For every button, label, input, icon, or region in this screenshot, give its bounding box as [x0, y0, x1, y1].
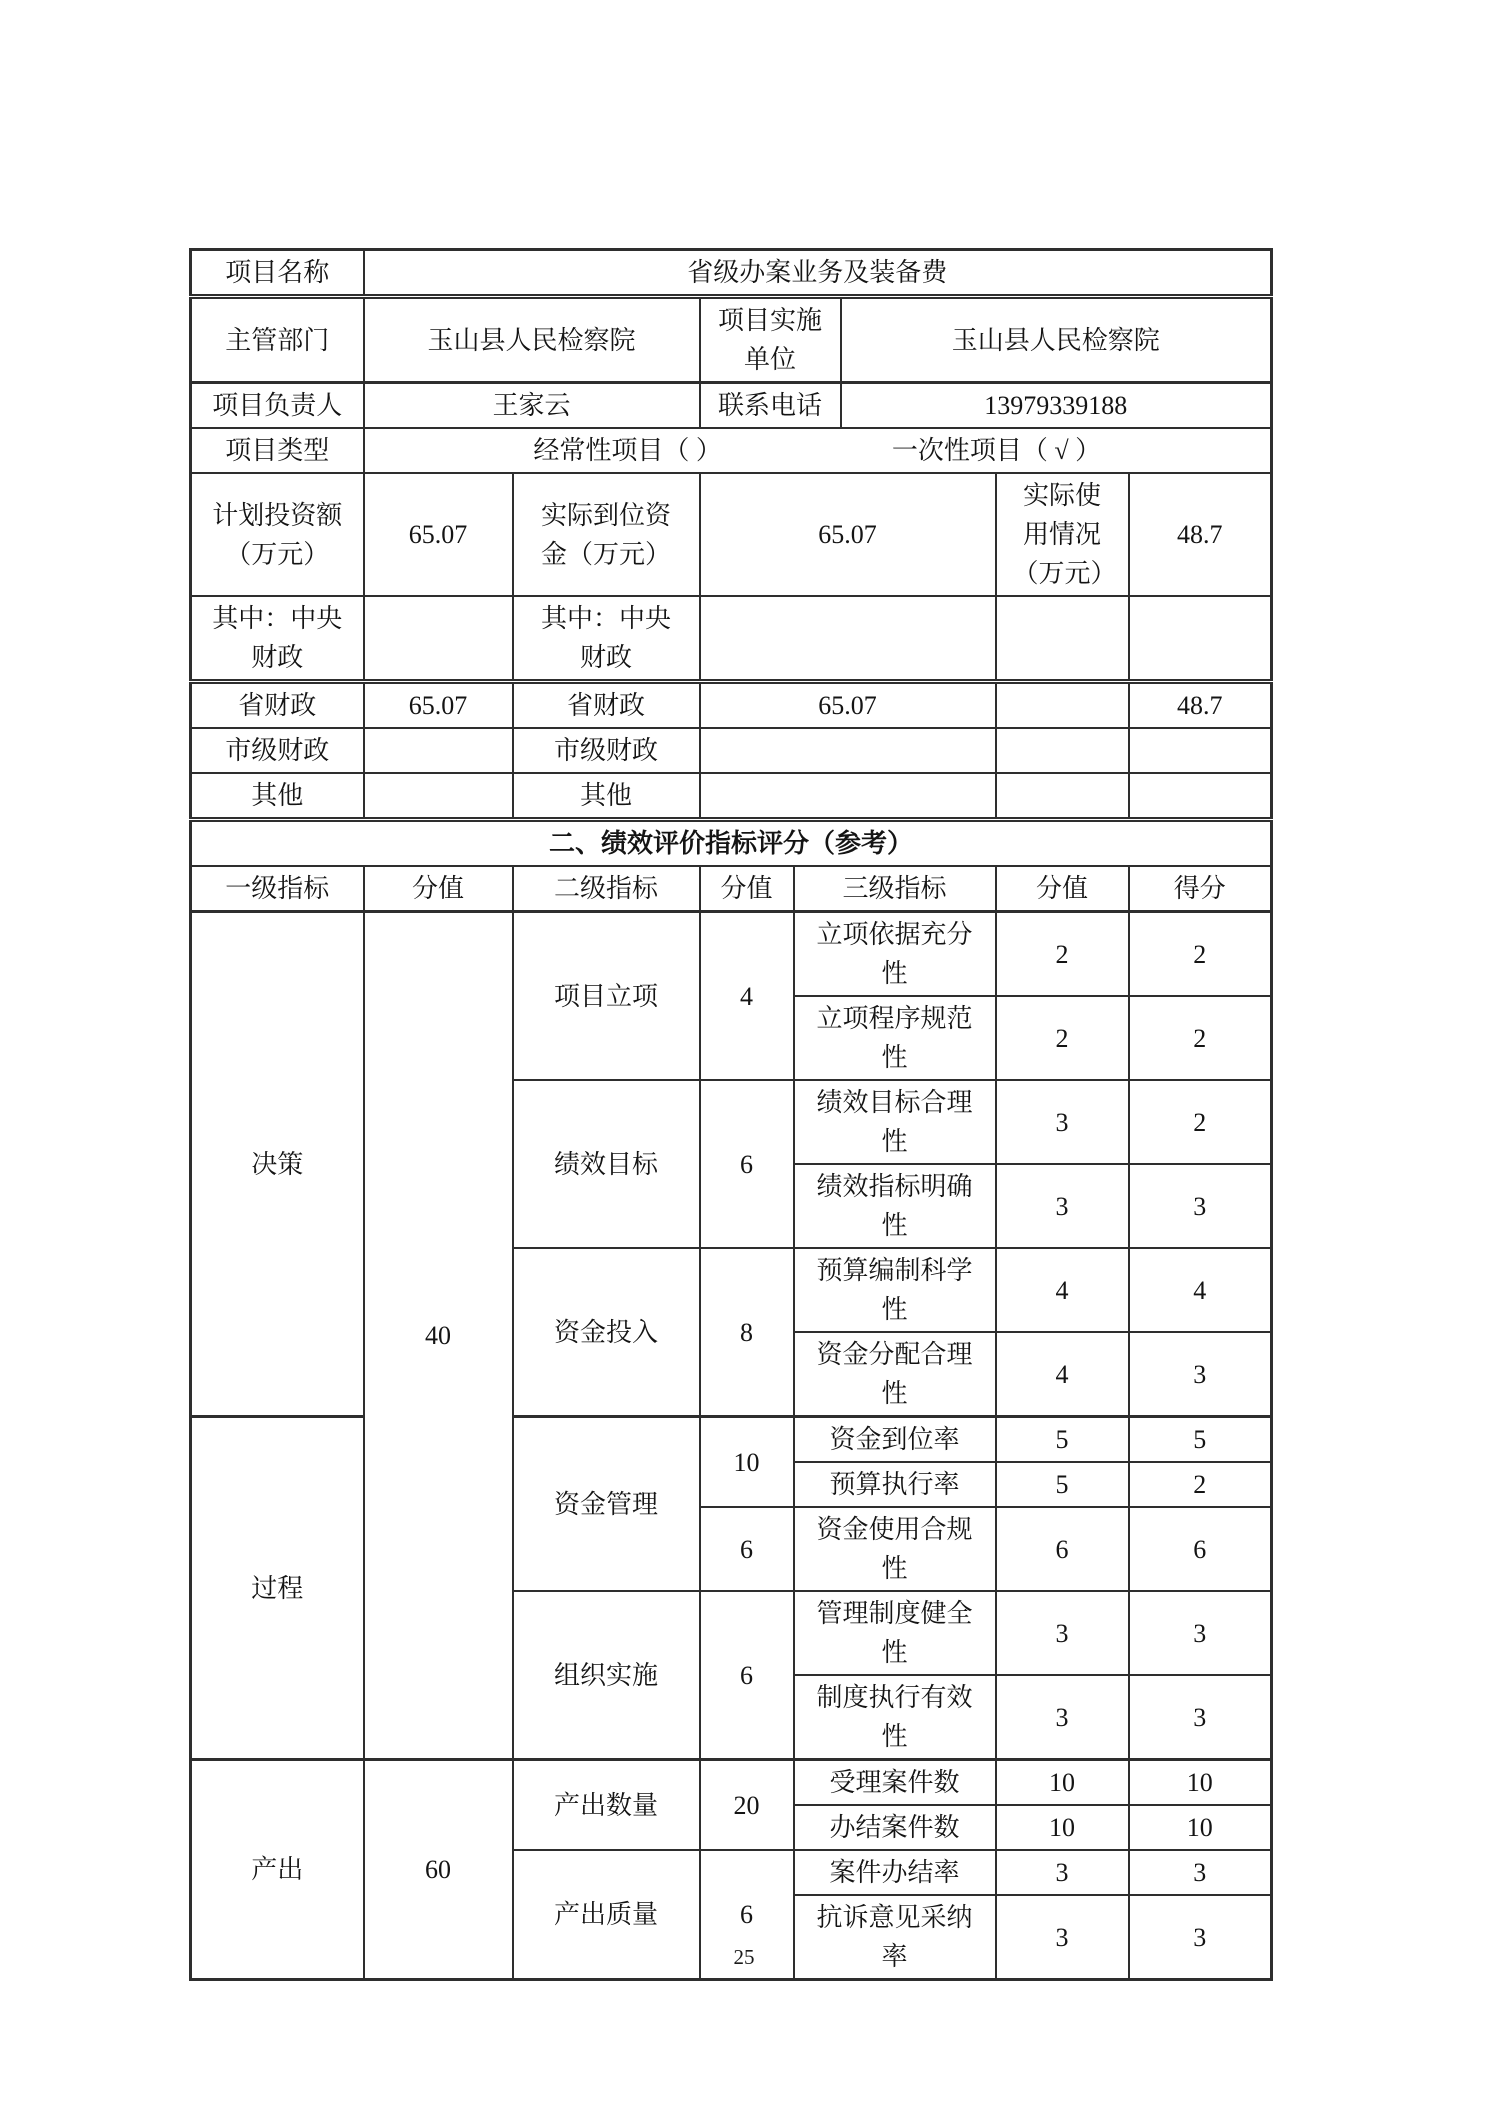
l3-max: 5 [996, 1462, 1129, 1507]
phone-label: 联系电话 [700, 383, 841, 429]
header-score2: 分值 [700, 866, 794, 912]
l3-label: 绩效指标明确性 [794, 1164, 996, 1248]
province-finance-actual: 65.07 [700, 682, 996, 729]
l3-label: 资金分配合理性 [794, 1332, 996, 1417]
l3-max: 2 [996, 996, 1129, 1080]
row-section2-title: 二、绩效评价指标评分（参考） [191, 820, 1272, 867]
l3-max: 5 [996, 1417, 1129, 1463]
project-name-label: 项目名称 [191, 250, 364, 297]
l3-max: 10 [996, 1760, 1129, 1806]
central-finance-usage [1129, 596, 1272, 682]
l3-score: 2 [1129, 1462, 1272, 1507]
l3-max: 3 [996, 1591, 1129, 1675]
l3-label: 立项依据充分性 [794, 912, 996, 997]
row-province-finance: 省财政 65.07 省财政 65.07 48.7 [191, 682, 1272, 729]
department-label: 主管部门 [191, 297, 364, 383]
other-finance-label2: 其他 [513, 773, 700, 820]
l2-fund-management-score-6: 6 [700, 1507, 794, 1591]
project-name-value: 省级办案业务及装备费 [364, 250, 1272, 297]
l2-fund-management: 资金管理 [513, 1417, 700, 1592]
city-finance-usage-label [996, 728, 1129, 773]
project-type-onetime: 一次性项目（ √ ） [892, 431, 1101, 470]
other-finance-planned [364, 773, 513, 820]
l3-score: 2 [1129, 912, 1272, 997]
l3-max: 3 [996, 1675, 1129, 1760]
actual-usage-value: 48.7 [1129, 473, 1272, 596]
actual-usage-label: 实际使用情况（万元） [996, 473, 1129, 596]
score-row: 决策 40 项目立项 4 立项依据充分性 2 2 [191, 912, 1272, 997]
province-finance-label: 省财政 [191, 682, 364, 729]
l3-score: 6 [1129, 1507, 1272, 1591]
city-finance-label: 市级财政 [191, 728, 364, 773]
l2-fund-input-score: 8 [700, 1248, 794, 1417]
page-number: 25 [0, 1945, 1488, 1970]
l2-output-quantity-score: 20 [700, 1760, 794, 1851]
l3-max: 3 [996, 1164, 1129, 1248]
row-manager: 项目负责人 王家云 联系电话 13979339188 [191, 383, 1272, 429]
city-finance-usage [1129, 728, 1272, 773]
l2-performance-goal-score: 6 [700, 1080, 794, 1248]
actual-funds-label: 实际到位资金（万元） [513, 473, 700, 596]
header-score1: 分值 [364, 866, 513, 912]
l3-score: 4 [1129, 1248, 1272, 1332]
l3-label: 受理案件数 [794, 1760, 996, 1806]
l3-label: 预算执行率 [794, 1462, 996, 1507]
central-finance-planned [364, 596, 513, 682]
row-city-finance: 市级财政 市级财政 [191, 728, 1272, 773]
row-department: 主管部门 玉山县人民检察院 项目实施单位 玉山县人民检察院 [191, 297, 1272, 383]
project-type-label: 项目类型 [191, 428, 364, 473]
implement-unit-label: 项目实施单位 [700, 297, 841, 383]
central-finance-actual [700, 596, 996, 682]
l1-process: 过程 [191, 1417, 364, 1760]
section2-title: 二、绩效评价指标评分（参考） [191, 820, 1272, 867]
project-type-regular: 经常性项目（ ） [533, 431, 722, 470]
l3-max: 2 [996, 912, 1129, 997]
row-other-finance: 其他 其他 [191, 773, 1272, 820]
document-page: 项目名称 省级办案业务及装备费 主管部门 玉山县人民检察院 项目实施单位 玉山县… [0, 0, 1488, 2104]
l3-label: 办结案件数 [794, 1805, 996, 1850]
score-row: 过程 资金管理 10 资金到位率 5 5 [191, 1417, 1272, 1463]
row-project-name: 项目名称 省级办案业务及装备费 [191, 250, 1272, 297]
l3-score: 10 [1129, 1760, 1272, 1806]
phone-value: 13979339188 [841, 383, 1272, 429]
l3-score: 2 [1129, 996, 1272, 1080]
row-investment: 计划投资额（万元） 65.07 实际到位资金（万元） 65.07 实际使用情况（… [191, 473, 1272, 596]
l2-org-implementation: 组织实施 [513, 1591, 700, 1760]
l3-max: 6 [996, 1507, 1129, 1591]
implement-unit-value: 玉山县人民检察院 [841, 297, 1272, 383]
manager-label: 项目负责人 [191, 383, 364, 429]
l2-project-setup-score: 4 [700, 912, 794, 1081]
score-row: 产出 60 产出数量 20 受理案件数 10 10 [191, 1760, 1272, 1806]
row-score-header: 一级指标 分值 二级指标 分值 三级指标 分值 得分 [191, 866, 1272, 912]
l3-max: 4 [996, 1248, 1129, 1332]
manager-value: 王家云 [364, 383, 700, 429]
l3-score: 3 [1129, 1675, 1272, 1760]
l3-label: 案件办结率 [794, 1850, 996, 1895]
l2-org-implementation-score: 6 [700, 1591, 794, 1760]
other-finance-label: 其他 [191, 773, 364, 820]
l3-max: 3 [996, 1080, 1129, 1164]
l3-score: 10 [1129, 1805, 1272, 1850]
header-gained: 得分 [1129, 866, 1272, 912]
l3-score: 2 [1129, 1080, 1272, 1164]
planned-investment-label: 计划投资额（万元） [191, 473, 364, 596]
province-finance-usage-label [996, 682, 1129, 729]
l2-project-setup: 项目立项 [513, 912, 700, 1081]
l2-fund-management-score-10: 10 [700, 1417, 794, 1508]
planned-investment-value: 65.07 [364, 473, 513, 596]
evaluation-table: 项目名称 省级办案业务及装备费 主管部门 玉山县人民检察院 项目实施单位 玉山县… [189, 248, 1273, 1981]
l3-score: 3 [1129, 1850, 1272, 1895]
l3-score: 3 [1129, 1591, 1272, 1675]
l3-label: 预算编制科学性 [794, 1248, 996, 1332]
header-level1: 一级指标 [191, 866, 364, 912]
city-finance-actual [700, 728, 996, 773]
l3-max: 10 [996, 1805, 1129, 1850]
l3-score: 5 [1129, 1417, 1272, 1463]
project-type-value: 经常性项目（ ） 一次性项目（ √ ） [364, 428, 1272, 473]
l2-output-quantity: 产出数量 [513, 1760, 700, 1851]
province-finance-usage: 48.7 [1129, 682, 1272, 729]
l3-score: 3 [1129, 1164, 1272, 1248]
other-finance-actual [700, 773, 996, 820]
l3-max: 4 [996, 1332, 1129, 1417]
l3-score: 3 [1129, 1332, 1272, 1417]
actual-funds-value: 65.07 [700, 473, 996, 596]
city-finance-planned [364, 728, 513, 773]
header-score3: 分值 [996, 866, 1129, 912]
l2-fund-input: 资金投入 [513, 1248, 700, 1417]
l3-label: 绩效目标合理性 [794, 1080, 996, 1164]
other-finance-usage [1129, 773, 1272, 820]
province-finance-planned: 65.07 [364, 682, 513, 729]
central-finance-usage-label [996, 596, 1129, 682]
other-finance-usage-label [996, 773, 1129, 820]
l3-max: 3 [996, 1850, 1129, 1895]
row-central-finance: 其中：中央财政 其中：中央财政 [191, 596, 1272, 682]
department-value: 玉山县人民检察院 [364, 297, 700, 383]
l3-label: 管理制度健全性 [794, 1591, 996, 1675]
l3-label: 立项程序规范性 [794, 996, 996, 1080]
l3-label: 资金使用合规性 [794, 1507, 996, 1591]
l2-performance-goal: 绩效目标 [513, 1080, 700, 1248]
city-finance-label2: 市级财政 [513, 728, 700, 773]
province-finance-label2: 省财政 [513, 682, 700, 729]
header-level3: 三级指标 [794, 866, 996, 912]
central-finance-label: 其中：中央财政 [191, 596, 364, 682]
row-project-type: 项目类型 经常性项目（ ） 一次性项目（ √ ） [191, 428, 1272, 473]
header-level2: 二级指标 [513, 866, 700, 912]
l1-score-40: 40 [364, 912, 513, 1760]
l3-label: 资金到位率 [794, 1417, 996, 1463]
l3-label: 制度执行有效性 [794, 1675, 996, 1760]
central-finance-label2: 其中：中央财政 [513, 596, 700, 682]
l1-decision: 决策 [191, 912, 364, 1417]
